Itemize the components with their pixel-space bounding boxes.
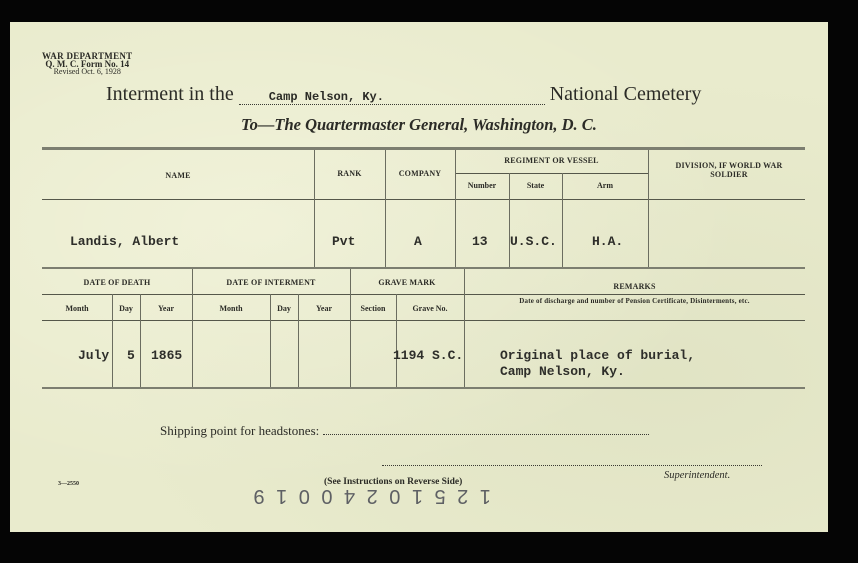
cemetery-field: Camp Nelson, Ky.	[239, 89, 545, 105]
header-death-month: Month	[42, 304, 112, 313]
header-bottom-rule	[42, 199, 805, 200]
table-top-rule	[42, 147, 805, 150]
header-interment-day: Day	[270, 304, 298, 313]
header-death-year: Year	[140, 304, 192, 313]
header-date-of-death: DATE OF DEATH	[42, 278, 192, 287]
soldier-name: Landis, Albert	[70, 234, 179, 249]
col-divider	[648, 150, 649, 267]
header-grave-mark: GRAVE MARK	[350, 278, 464, 287]
dates-bottom-rule	[42, 387, 805, 389]
serial-stamp: 12510240019	[242, 484, 491, 507]
form-code: 3—2550	[58, 481, 79, 487]
regiment-sub-rule	[455, 173, 648, 174]
header-date-of-interment: DATE OF INTERMENT	[192, 278, 350, 287]
header-company: COMPANY	[385, 169, 455, 178]
dates-header-bottom-rule	[42, 320, 805, 321]
form-header: WAR DEPARTMENT Q. M. C. Form No. 14 Revi…	[42, 52, 132, 76]
title-prefix: Interment in the	[106, 83, 234, 105]
header-arm: Arm	[562, 181, 648, 190]
death-month: July	[78, 348, 109, 363]
grave-number: 1194 S.C.	[393, 348, 463, 363]
col-divider	[385, 150, 386, 267]
revision-date: Revised Oct. 6, 1928	[42, 68, 132, 76]
col-divider	[314, 150, 315, 267]
header-regiment: REGIMENT OR VESSEL	[455, 156, 648, 165]
interment-record-card: WAR DEPARTMENT Q. M. C. Form No. 14 Revi…	[10, 22, 828, 532]
soldier-rank: Pvt	[332, 234, 355, 249]
shipping-point-field: Shipping point for headstones:	[160, 423, 649, 439]
header-remarks: REMARKS	[464, 282, 805, 291]
dates-sub-rule	[42, 294, 805, 295]
addressee: To—The Quartermaster General, Washington…	[10, 115, 828, 135]
regiment-state: U.S.C.	[510, 234, 557, 249]
title-suffix: National Cemetery	[550, 83, 702, 105]
death-year: 1865	[151, 348, 182, 363]
signature-line	[382, 465, 762, 466]
page-title: Interment in the Camp Nelson, Ky. Nation…	[106, 83, 701, 106]
col-divider	[455, 150, 456, 267]
header-remarks-sub: Date of discharge and number of Pension …	[464, 297, 805, 305]
header-number: Number	[455, 181, 509, 190]
header-interment-year: Year	[298, 304, 350, 313]
remarks-line-1: Original place of burial,	[500, 348, 695, 363]
shipping-label: Shipping point for headstones:	[160, 423, 319, 438]
header-grave-no: Grave No.	[396, 304, 464, 313]
header-interment-month: Month	[192, 304, 270, 313]
header-state: State	[509, 181, 562, 190]
regiment-number: 13	[472, 234, 488, 249]
death-day: 5	[127, 348, 135, 363]
header-division: DIVISION, IF WORLD WAR SOLDIER	[668, 161, 790, 179]
superintendent-label: Superintendent.	[664, 470, 730, 481]
remarks-line-2: Camp Nelson, Ky.	[500, 364, 625, 379]
header-rank: RANK	[314, 169, 385, 178]
header-name: NAME	[42, 171, 314, 180]
regiment-arm: H.A.	[592, 234, 623, 249]
header-section: Section	[350, 304, 396, 313]
soldier-company: A	[414, 234, 422, 249]
shipping-blank	[323, 434, 649, 435]
header-death-day: Day	[112, 304, 140, 313]
row-bottom-rule	[42, 267, 805, 269]
